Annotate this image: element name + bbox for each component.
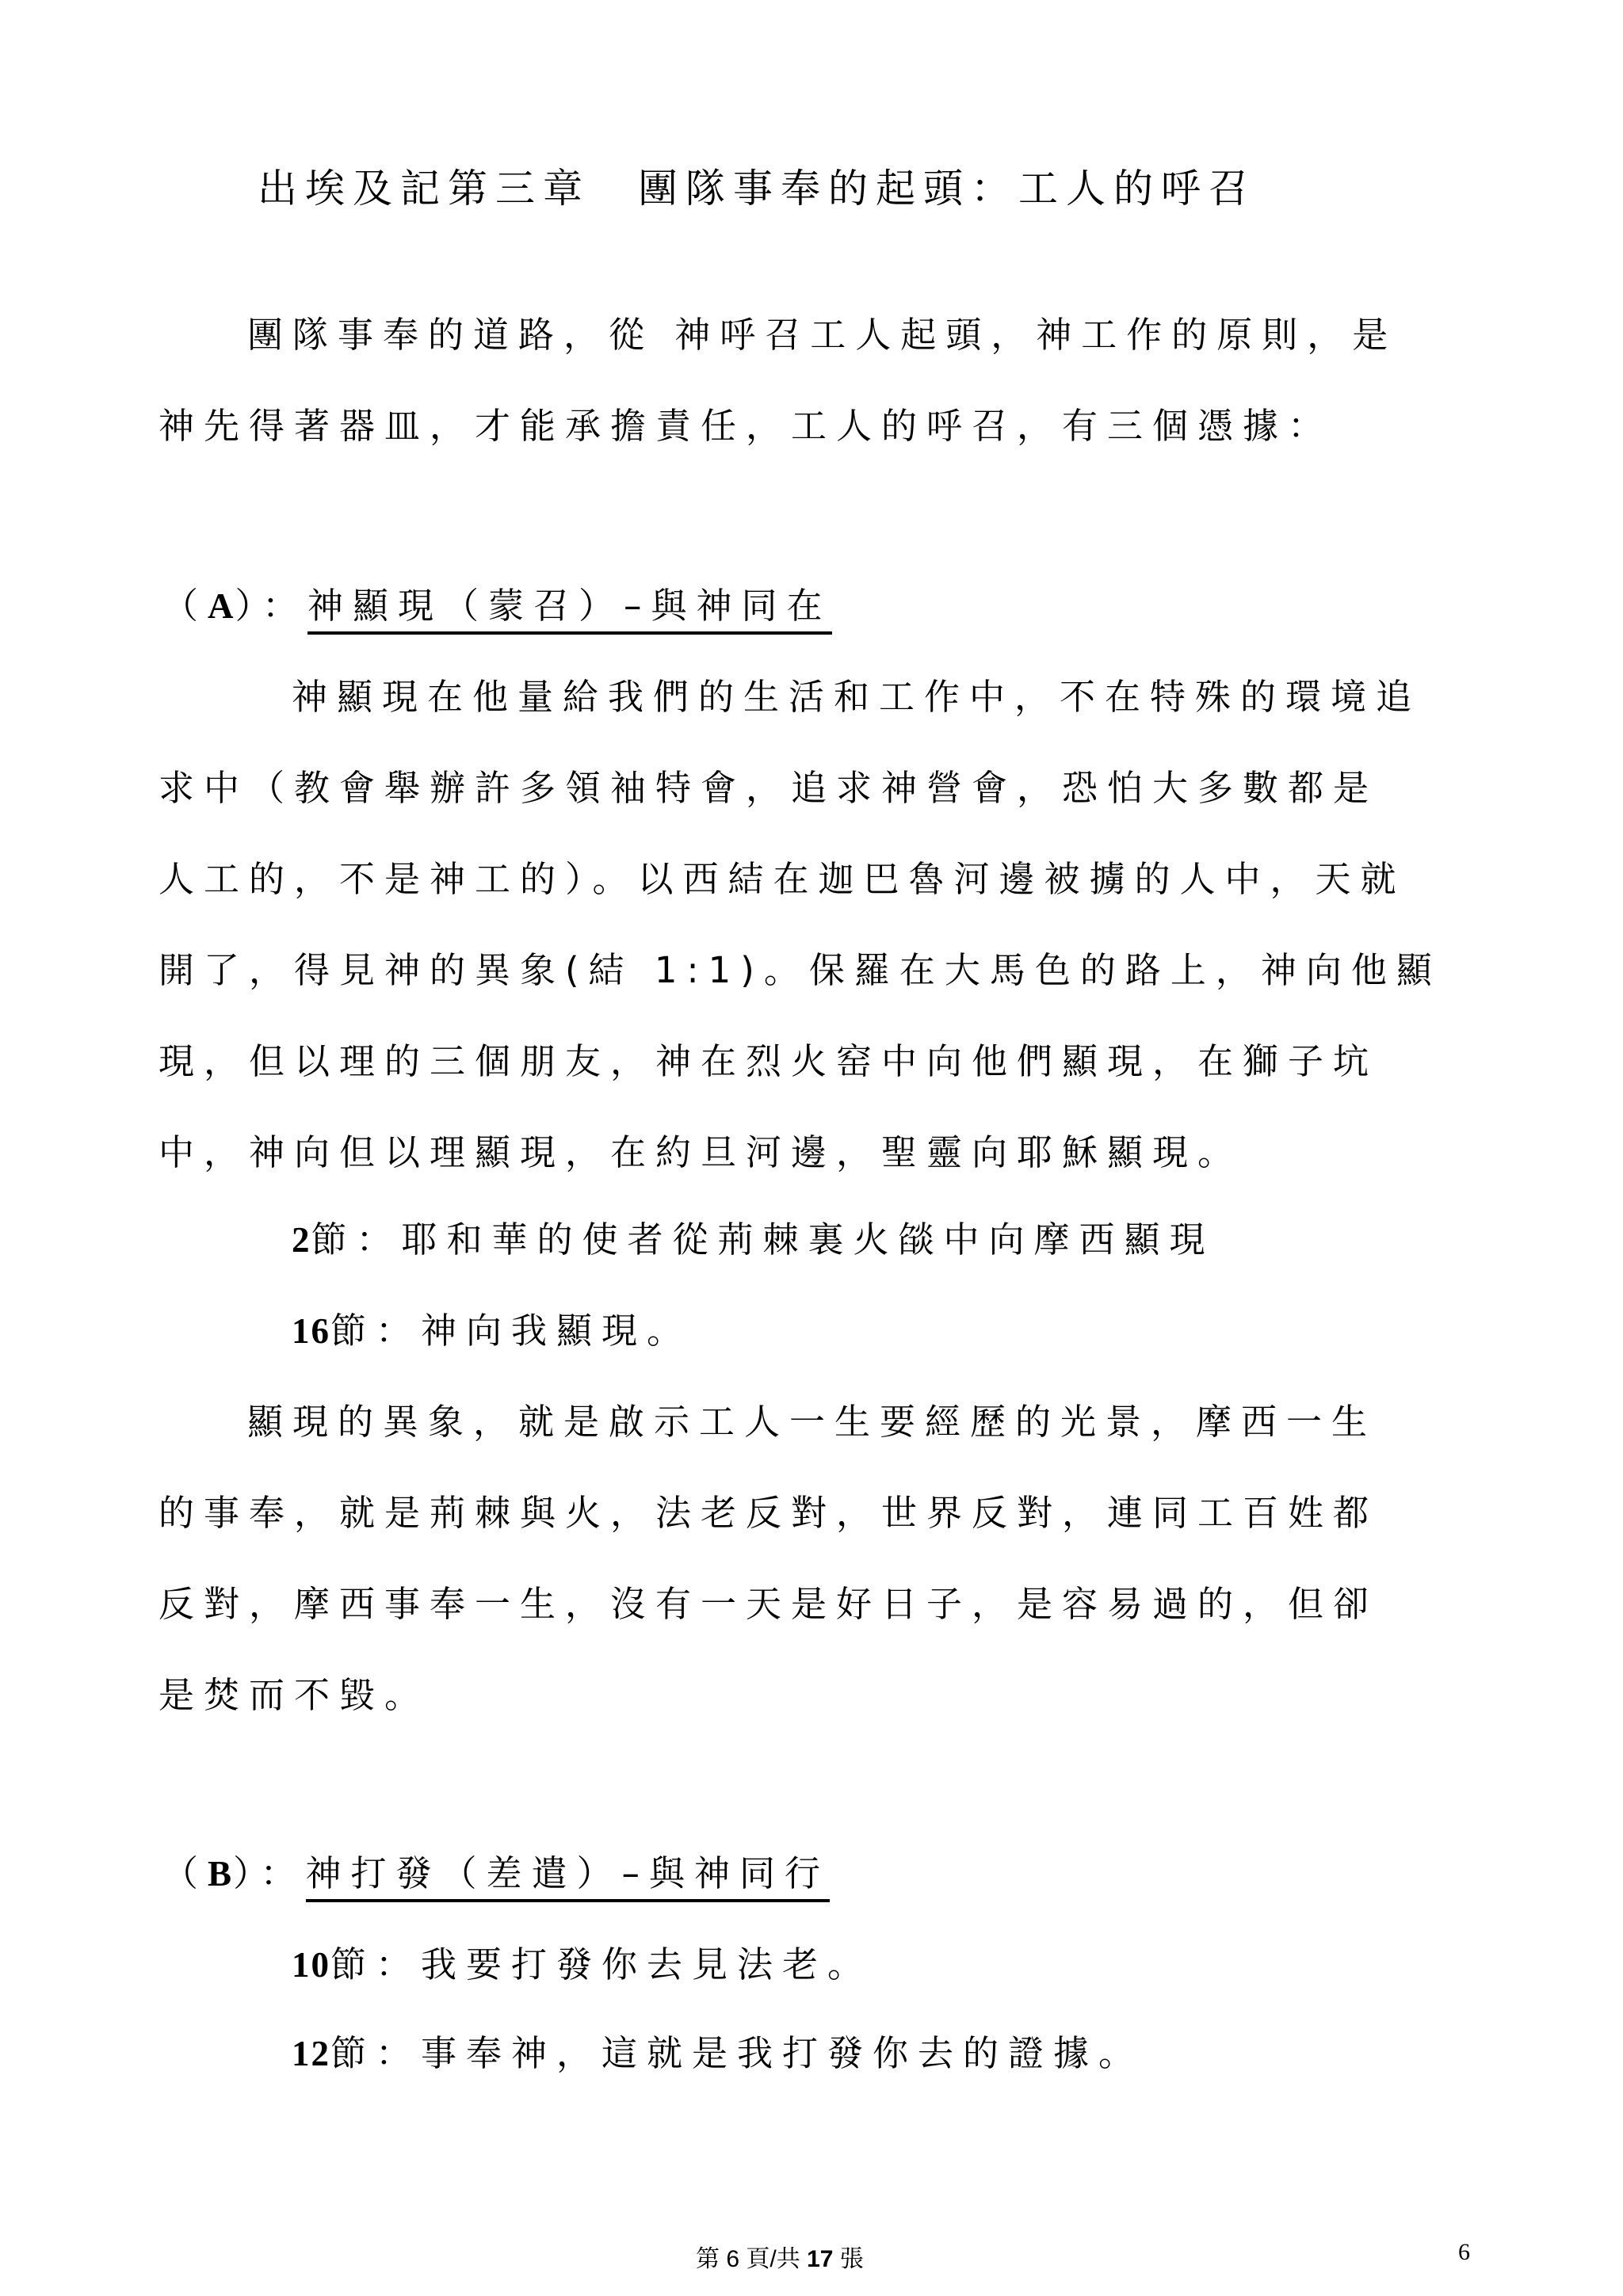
section-a-para1-line-2: 求中（教會舉辦許多領袖特會，追求神營會，恐怕大多數都是 <box>158 765 1378 812</box>
verse-number: 16 <box>292 1311 330 1351</box>
verse-text: 節：耶和華的使者從荊棘裏火燄中向摩西顯現 <box>311 1219 1215 1261</box>
section-a-para1-line-6: 中，神向但以理顯現，在約旦河邊，聖靈向耶穌顯現。 <box>158 1129 1243 1177</box>
section-a-marker-letter: A <box>208 586 235 626</box>
section-a-heading-row: （A）：神顯現（蒙召）–與神同在 <box>162 582 832 630</box>
section-a-marker-open: （ <box>162 585 208 627</box>
verse-12: 12節：事奉神，這就是我打發你去的證據。 <box>292 2030 1144 2077</box>
section-a-para2-line-4: 是焚而不毀。 <box>158 1672 430 1719</box>
intro-line-2: 神先得著器皿，才能承擔責任，工人的呼召，有三個憑據： <box>158 402 1333 450</box>
page-title: 出埃及記第三章 團隊事奉的起頭：工人的呼召 <box>258 165 1256 212</box>
page-counter-prefix: 第 <box>696 2246 720 2272</box>
verse-number: 2 <box>292 1220 311 1260</box>
section-b-marker-letter: B <box>208 1854 233 1894</box>
page-number: 6 <box>1458 2239 1470 2266</box>
page-counter-suffix: 張 <box>840 2246 864 2272</box>
page-counter-mid: 頁/共 <box>746 2246 800 2272</box>
section-a-para2-line-3: 反對，摩西事奉一生，沒有一天是好日子，是容易過的，但卻 <box>158 1581 1378 1628</box>
verse-text: 節：事奉神，這就是我打發你去的證據。 <box>330 2032 1144 2074</box>
verse-text: 節：神向我顯現。 <box>330 1310 692 1352</box>
section-a-marker-close: ）： <box>235 585 308 627</box>
section-b-heading-row: （B）：神打發（差遣）–與神同行 <box>162 1850 830 1897</box>
section-b-marker-open: （ <box>162 1852 208 1894</box>
section-a-heading: 神顯現（蒙召）–與神同在 <box>307 585 832 635</box>
verse-2: 2節：耶和華的使者從荊棘裏火燄中向摩西顯現 <box>292 1216 1215 1264</box>
section-a-para1-line-4: 開了，得見神的異象(結 1:1)。保羅在大馬色的路上，神向他顯 <box>158 947 1442 994</box>
page-counter-current: 6 <box>726 2246 739 2272</box>
verse-number: 10 <box>292 1945 330 1985</box>
section-a-para1-line-3: 人工的，不是神工的）。以西結在迦巴魯河邊被擄的人中，天就 <box>158 856 1406 903</box>
section-b-marker-close: ）： <box>233 1852 306 1894</box>
section-b-heading: 神打發（差遣）–與神同行 <box>306 1852 831 1902</box>
verse-10: 10節：我要打發你去見法老。 <box>292 1941 873 1989</box>
verse-16: 16節：神向我顯現。 <box>292 1307 692 1355</box>
verse-text: 節：我要打發你去見法老。 <box>330 1943 873 1985</box>
section-a-para2-line-1: 顯現的異象，就是啟示工人一生要經歷的光景，摩西一生 <box>247 1398 1377 1446</box>
verse-number: 12 <box>292 2034 330 2073</box>
page-counter: 第 6 頁/共 17 張 <box>696 2239 864 2274</box>
page-counter-total: 17 <box>807 2246 833 2272</box>
section-a-para2-line-2: 的事奉，就是荊棘與火，法老反對，世界反對，連同工百姓都 <box>158 1489 1378 1537</box>
section-a-para1-line-1: 神顯現在他量給我們的生活和工作中，不在特殊的環境追 <box>292 673 1421 721</box>
intro-line-1: 團隊事奉的道路，從 神呼召工人起頭，神工作的原則，是 <box>247 311 1397 359</box>
section-a-para1-line-5: 現，但以理的三個朋友，神在烈火窑中向他們顯現，在獅子坑 <box>158 1038 1378 1085</box>
